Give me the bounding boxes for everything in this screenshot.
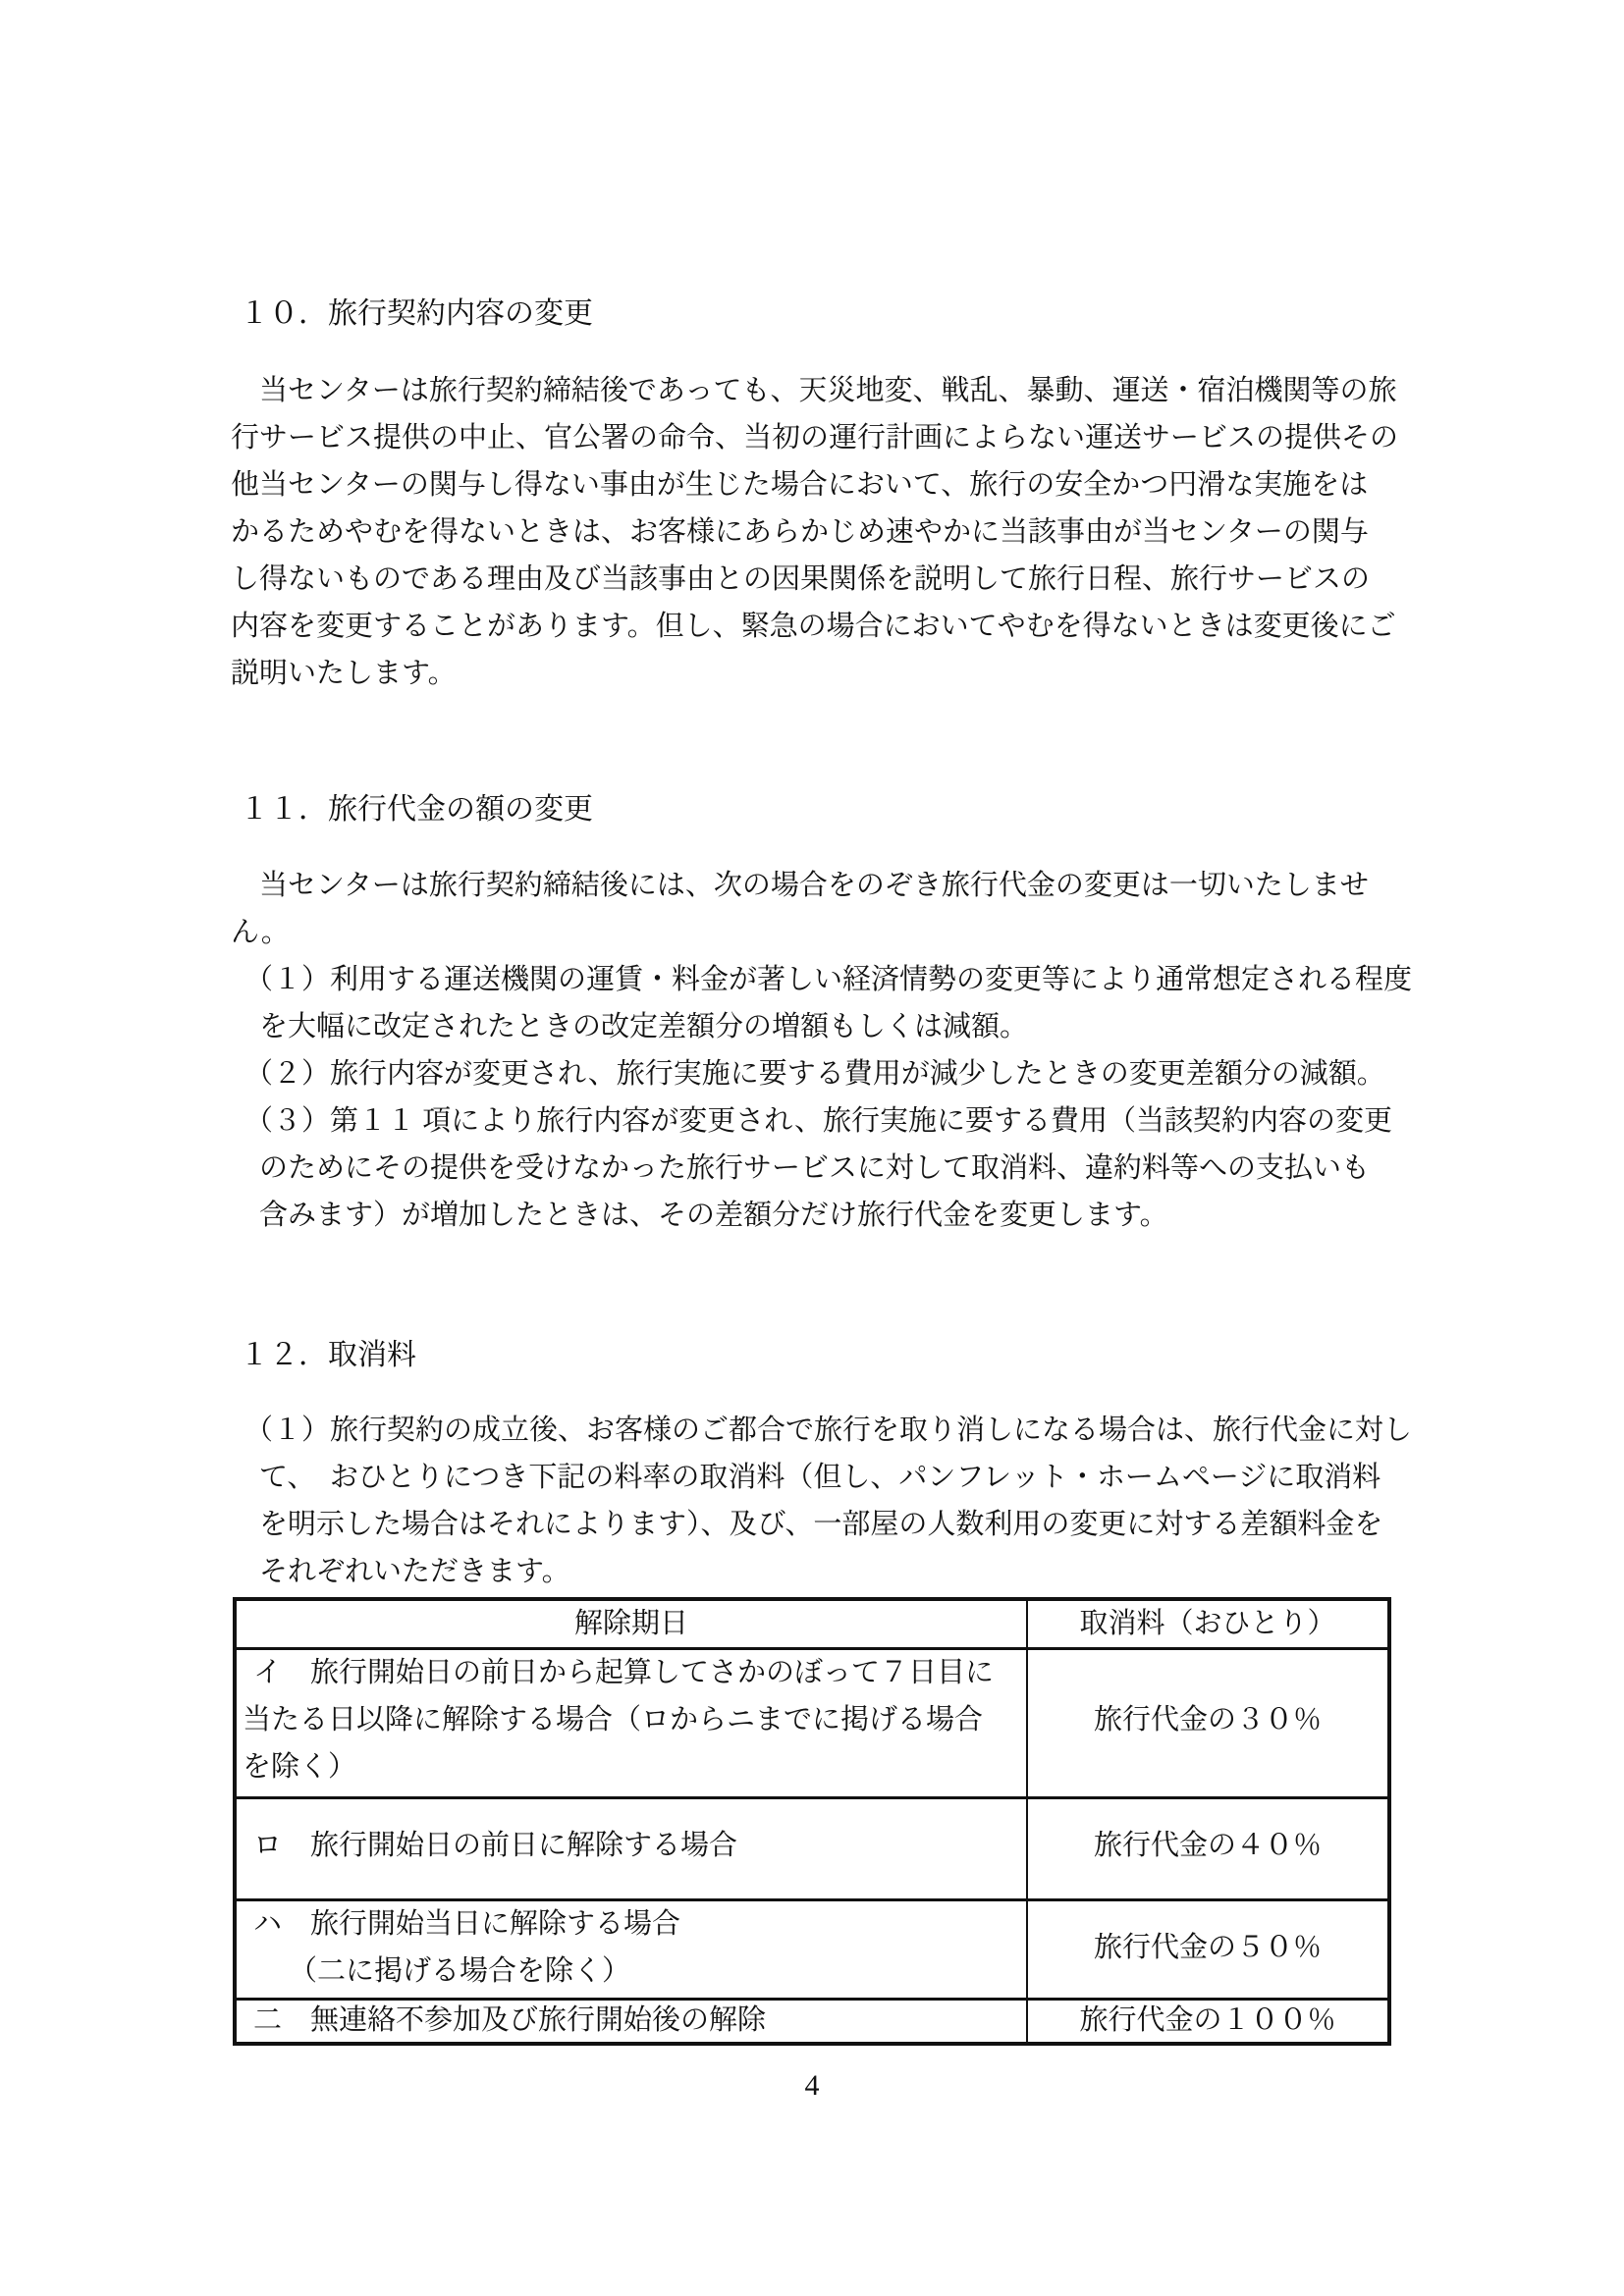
section-12-item-line: （１）旅行契約の成立後、お客様のご都合で旅行を取り消しになる場合は、旅行代金に対… (244, 1414, 1412, 1447)
section-10-paragraph-line: かるためやむを得ないときは、お客様にあらかじめ速やかに当該事由が当センターの関与 (231, 515, 1369, 549)
table-header-fee: 取消料（おひとり） (1028, 1607, 1387, 1640)
section-10-paragraph-line: 内容を変更することがあります。但し、緊急の場合においてやむを得ないときは変更後に… (231, 610, 1396, 643)
cancel-period-line: ロ 旅行開始日の前日に解除する場合 (253, 1829, 737, 1862)
section-10-paragraph-line: 当センターは旅行契約締結後であっても、天災地変、戦乱、暴動、運送・宿泊機関等の旅 (259, 374, 1397, 407)
table-row-border (237, 1898, 1387, 1901)
cancellation-fee-table: 解除期日 取消料（おひとり） イ 旅行開始日の前日から起算してさかのぼって７日目… (233, 1597, 1391, 2046)
section-11-item-line: （３）第１１ 項により旅行内容が変更され、旅行実施に要する費用（当該契約内容の変… (244, 1104, 1392, 1138)
table-column-divider (1026, 1601, 1028, 2042)
cancel-period-line: ハ 旅行開始当日に解除する場合 (253, 1907, 680, 1941)
section-11-heading: １１．旅行代金の額の変更 (240, 793, 593, 827)
cancel-period-line: イ 旅行開始日の前日から起算してさかのぼって７日目に (253, 1656, 994, 1689)
section-10-paragraph-line: 行サービス提供の中止、官公署の命令、当初の運行計画によらない運送サービスの提供そ… (231, 421, 1398, 454)
table-row-border (237, 1796, 1387, 1799)
cancel-period-line: 当たる日以降に解除する場合（ロからニまでに掲げる場合 (243, 1703, 983, 1736)
table-header-period: 解除期日 (237, 1607, 1026, 1640)
section-11-paragraph-line: 当センターは旅行契約締結後には、次の場合をのぞき旅行代金の変更は一切いたしませ (259, 869, 1369, 902)
cancel-fee-value: 旅行代金の３０％ (1028, 1703, 1387, 1736)
cancel-fee-value: 旅行代金の４０％ (1028, 1829, 1387, 1862)
table-row-border (237, 1998, 1387, 2001)
section-12-item-line: て、 おひとりにつき下記の料率の取消料（但し、パンフレット・ホームページに取消料 (259, 1461, 1380, 1494)
section-11-item-line: 含みます）が増加したときは、その差額分だけ旅行代金を変更します。 (259, 1199, 1168, 1232)
section-11-item-line: のためにその提供を受けなかった旅行サービスに対して取消料、違約料等への支払いも (259, 1151, 1370, 1185)
section-12-item-line: それぞれいただきます。 (259, 1555, 570, 1588)
cancel-fee-value: 旅行代金の５０％ (1028, 1931, 1387, 1964)
section-10-paragraph-line: し得ないものである理由及び当該事由との因果関係を説明して旅行日程、旅行サービスの (231, 562, 1370, 596)
section-11-item-line: （１）利用する運送機関の運賃・料金が著しい経済情勢の変更等により通常想定される程… (244, 963, 1412, 996)
cancel-period-line: （二に掲げる場合を除く） (289, 1954, 630, 1988)
section-11-item-line: を大幅に改定されたときの改定差額分の増額もしくは減額。 (259, 1010, 1028, 1043)
section-12-heading: １２．取消料 (240, 1339, 416, 1372)
cancel-period-line: 二 無連絡不参加及び旅行開始後の解除 (253, 2003, 766, 2037)
section-10-paragraph-line: 説明いたします。 (231, 657, 457, 690)
table-header-separator (237, 1647, 1387, 1650)
section-11-paragraph-line: ん。 (231, 916, 290, 949)
section-10-paragraph-line: 他当センターの関与し得ない事由が生じた場合において、旅行の安全かつ円滑な実施をは (231, 468, 1368, 502)
cancel-fee-value: 旅行代金の１００％ (1028, 2003, 1387, 2037)
section-10-heading: １０．旅行契約内容の変更 (240, 297, 593, 331)
page-number: 4 (0, 2069, 1624, 2103)
cancel-period-line: を除く） (243, 1750, 356, 1784)
document-page: １０．旅行契約内容の変更 当センターは旅行契約締結後であっても、天災地変、戦乱、… (0, 0, 1624, 2296)
section-11-item-line: （２）旅行内容が変更され、旅行実施に要する費用が減少したときの変更差額分の減額。 (244, 1057, 1385, 1091)
section-12-item-line: を明示した場合はそれによります）、及び、一部屋の人数利用の変更に対する差額料金を (259, 1508, 1382, 1541)
